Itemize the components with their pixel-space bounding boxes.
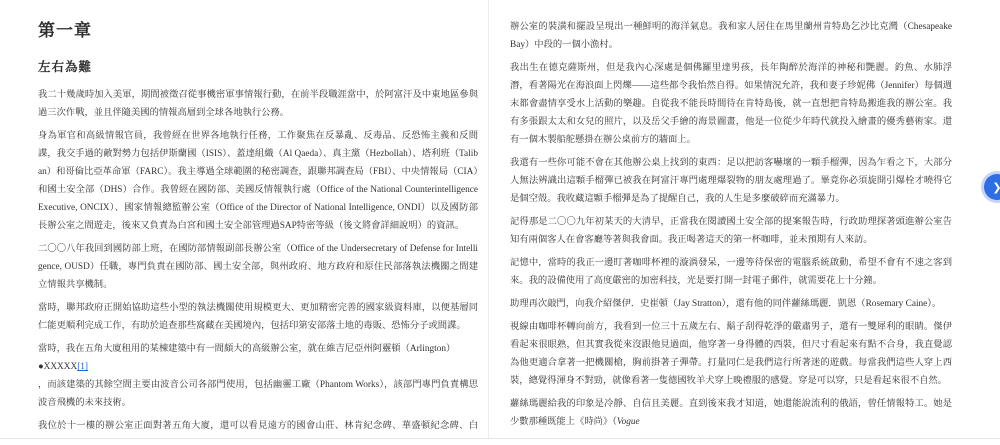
left-page: 第一章 左右為難 我二十幾歲時加入美軍，期間被徵召從事機密軍事情報行動，在前半段…: [0, 0, 488, 438]
paragraph: 視線由咖啡杯轉向前方，我看到一位三十五歲左右、鬍子刮得乾淨的嚴肅男子，還有一雙犀…: [510, 318, 952, 390]
vogue-italic: Vogue: [617, 417, 640, 427]
ebook-reader: 第一章 左右為難 我二十幾歲時加入美軍，期間被徵召從事機密軍事情報行動，在前半段…: [0, 0, 1000, 445]
redaction-text: ●XXXXX: [38, 362, 77, 372]
page-divider: [488, 0, 489, 438]
paragraph: 記得那是二〇〇九年初某天的大清早，正當我在閱讀國土安全部的提案報告時，行政助理探…: [510, 213, 952, 249]
paragraph-text: 當時，我在五角大廈租用的某棟建築中有一間頗大的高級辦公室，就在維吉尼亞州阿靈頓（…: [38, 344, 455, 354]
paragraph: 我二十幾歲時加入美軍，期間被徵召從事機密軍事情報行動，在前半段職涯當中，於阿富汗…: [38, 86, 478, 122]
footnote-link[interactable]: [1]: [77, 362, 88, 372]
bottom-divider: [0, 438, 1000, 439]
paragraph: 辦公室的裝潢和擺設呈現出一種鮮明的海洋氣息。我和家人居住在馬里蘭州肯特島乞沙比克…: [510, 18, 952, 54]
paragraph-with-italic: 蘿絲瑪麗給我的印象是冷靜、自信且美麗。直到後來我才知道，她還能說流利的俄語，曾任…: [510, 395, 952, 431]
paragraph: 記憶中，當時的我正一邊盯著咖啡杯裡的漩渦發呆，一邊等待保密的電腦系統啟動，希望不…: [510, 254, 952, 290]
paragraph: 我還有一些你可能不會在其他辦公桌上找到的東西：足以把訪客嚇壞的一顆手榴彈，因為乍…: [510, 154, 952, 208]
section-title: 左右為難: [38, 57, 478, 75]
chevron-right-icon: ❯: [992, 182, 1000, 193]
paragraph-text: ，而該建築的其餘空間主要由波音公司各部門使用，包括幽靈工廠（Phantom Wo…: [38, 380, 478, 408]
paragraph: 身為軍官和高級情報官員，我曾經在世界各地執行任務，工作聚焦在反暴亂、反毒品、反恐…: [38, 127, 478, 235]
right-page: 辦公室的裝潢和擺設呈現出一種鮮明的海洋氣息。我和家人居住在馬里蘭州肯特島乞沙比克…: [489, 0, 1000, 438]
paragraph: 我位於十一樓的辦公室正面對著五角大廈，還可以看見遠方的國會山莊、林肯紀念碑、華盛…: [38, 417, 478, 438]
paragraph-with-footnote: 當時，我在五角大廈租用的某棟建築中有一間頗大的高級辦公室，就在維吉尼亞州阿靈頓（…: [38, 340, 478, 412]
chapter-title: 第一章: [38, 16, 478, 41]
paragraph: 二〇〇八年我回到國防部上班，在國防部情報副部長辦公室（Office of the…: [38, 240, 478, 294]
redaction-line: ●XXXXX[1]: [38, 358, 478, 376]
paragraph-text: 蘿絲瑪麗給我的印象是冷靜、自信且美麗。直到後來我才知道，她還能說流利的俄語，曾任…: [510, 399, 952, 427]
paragraph: 當時，聯邦政府正開始協助這些小型的執法機關使用規模更大、更加精密完善的國家級資料…: [38, 299, 478, 335]
paragraph: 助理再次敲門，向我介紹傑伊．史崔頓（Jay Stratton），還有他的同伴蘿絲…: [510, 295, 952, 313]
paragraph: 我出生在德克薩斯州，但是我內心深處是個佛羅里達男孩，長年陶醉於海洋的神秘和艷麗。…: [510, 59, 952, 149]
